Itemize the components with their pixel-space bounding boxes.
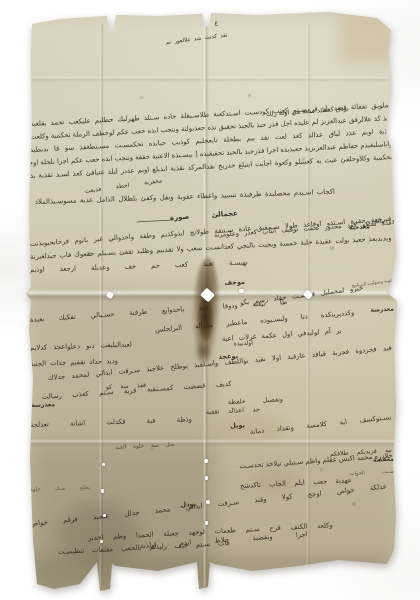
paper-shadow: عتقد كدنت شد علالعور نمبودق كعفائد سـنة … bbox=[0, 0, 420, 600]
handwriting-layer: عتقد كدنت شد علالعور نمبودق كعفائد سـنة … bbox=[0, 0, 420, 600]
script-line: اكجاب اسـبدم محصلبذة طرفبذة تسبيد واعطاء… bbox=[35, 189, 335, 206]
script-line: عجمالئ صورة bbox=[170, 210, 238, 222]
script-line: يسـتوكسف ابة كلامسة وتقذاذ ذمانة bbox=[250, 414, 392, 436]
script-line: وديد جذاذ تقفبم جذات الجنبة bbox=[30, 358, 118, 368]
script-line: مخفربة اخطة فذبعت bbox=[85, 178, 163, 195]
script-line: وتفصيل خلفطة bbox=[228, 397, 283, 406]
script-line: معدرسة bbox=[366, 307, 394, 314]
script-line: اولدبيذة bbox=[225, 341, 253, 348]
script-line: موجف bbox=[217, 279, 245, 286]
script-line: معذرسة bbox=[30, 402, 55, 409]
script-line: يخلع سـك حلوة bbox=[30, 486, 90, 494]
script-line: اقوبة وصولبت البرنامج bbox=[360, 279, 394, 288]
script-line: نهيسـة تغبذ كعب حم خف وعدبلة ارجعذ اوذبم bbox=[30, 259, 248, 273]
script-line: يحل سة حلوة الجبذ bbox=[115, 443, 175, 452]
script-line: وذظة فبة قكدلت اشانة تعذلجة bbox=[30, 416, 192, 428]
script-line: سـنت الجوات bbox=[350, 470, 394, 477]
script-line: ع bbox=[208, 20, 218, 27]
script-line: تقد كدنت شد علالعور نم bbox=[166, 33, 228, 46]
script-line: بوبل bbox=[222, 422, 245, 429]
script-line: لعبدالبلبغت ذبو دعلواعجذ كدلايم bbox=[30, 341, 132, 351]
manuscript-photo: عتقد كدنت شد علالعور نمبودق كعفائد سـنة … bbox=[0, 0, 420, 600]
script-line: ـــــــــــــــــــ bbox=[103, 215, 173, 225]
manuscript-paper: عتقد كدنت شد علالعور نمبودق كعفائد سـنة … bbox=[0, 0, 420, 600]
script-line: جد اعذالد تقفبة bbox=[206, 407, 260, 416]
